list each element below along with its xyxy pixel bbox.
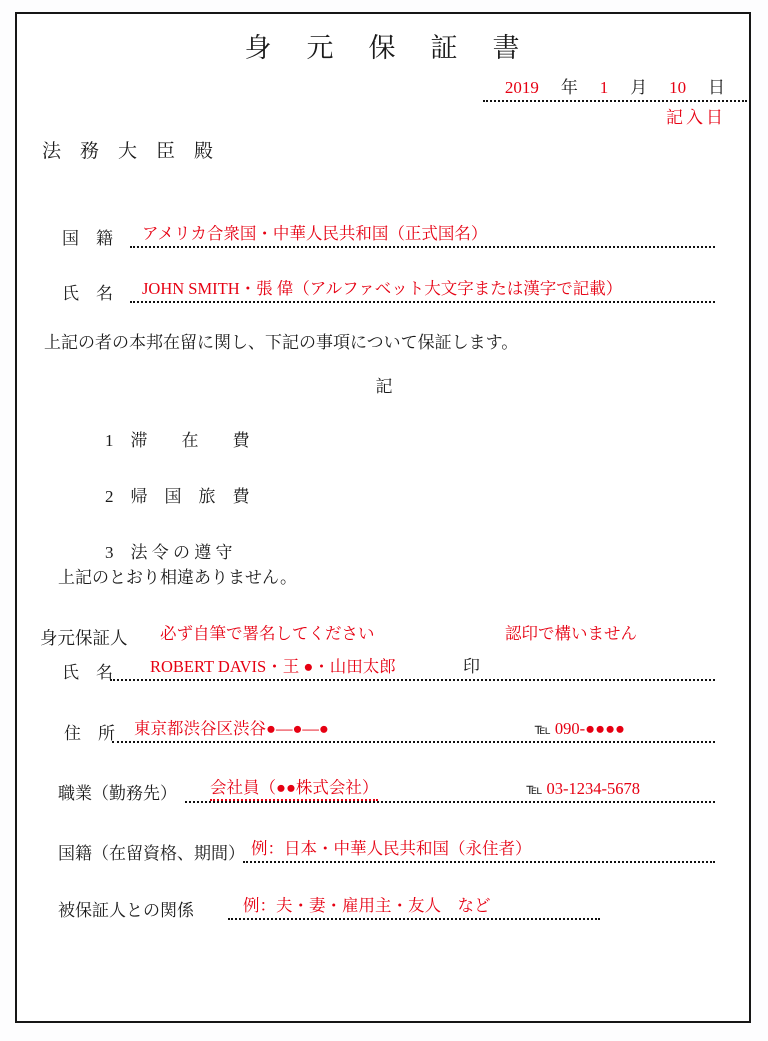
guarantor-address-fill-line: 東京都渋谷区渋谷●―●―● ℡090-●●●●: [112, 713, 715, 743]
seal-placeholder: 印: [463, 652, 480, 677]
item-living-expenses: 1 滞 在 費: [105, 426, 250, 451]
guarantor-address-tel: ℡090-●●●●: [535, 719, 625, 739]
date-month-label: 月: [630, 73, 647, 98]
relationship-label: 被保証人との関係: [58, 896, 194, 921]
date-fill-line: 2019 年 1 月 10 日: [483, 72, 747, 102]
guarantor-nationality-label: 国籍（在留資格、期間）: [58, 839, 245, 864]
document-title: 身 元 保 証 書: [0, 26, 768, 65]
name-value: JOHN SMITH・張 偉（アルファベット大文字または漢字で記載）: [142, 275, 622, 299]
guarantor-nationality-value: 例：日本・中華人民共和国（永住者）: [251, 835, 532, 859]
guarantee-document-page: 身 元 保 証 書 2019 年 1 月 10 日 記入日 法 務 大 臣 殿 …: [0, 0, 768, 1041]
nationality-value: アメリカ合衆国・中華人民共和国（正式国名）: [142, 220, 487, 244]
nationality-label: 国 籍: [62, 224, 113, 249]
date-year-value: 2019: [505, 78, 539, 98]
guarantor-occupation-tel-value: 03-1234-5678: [547, 779, 641, 798]
date-note-label: 記入日: [666, 103, 726, 128]
guarantor-name-value: ROBERT DAVIS・王 ●・山田太郎: [150, 653, 396, 677]
guarantor-occupation-tel: ℡03-1234-5678: [526, 779, 640, 799]
nationality-fill-line: アメリカ合衆国・中華人民共和国（正式国名）: [130, 218, 715, 248]
guarantor-occupation-value: 会社員（●●株式会社）: [210, 774, 378, 801]
guarantor-address-label: 住 所: [64, 719, 115, 744]
guarantor-occupation-fill-line: 会社員（●●株式会社） ℡03-1234-5678: [185, 773, 715, 803]
item-law-compliance: 3 法 令 の 遵 守: [105, 538, 233, 563]
document-border-frame: [15, 12, 751, 1023]
guarantor-occupation-label: 職業（勤務先）: [58, 779, 177, 804]
item-return-travel-expenses: 2 帰 国 旅 費: [105, 482, 250, 507]
guarantor-name-fill-line: ROBERT DAVIS・王 ●・山田太郎 印: [110, 651, 715, 681]
guarantor-sign-note: 必ず自筆で署名してください: [160, 620, 375, 644]
guarantor-seal-note: 認印で構いません: [505, 620, 637, 644]
ki-heading: 記: [0, 372, 768, 397]
addressee-minister: 法 務 大 臣 殿: [42, 136, 213, 163]
tel-mark-icon: ℡: [535, 722, 551, 738]
guarantor-name-label: 氏 名: [62, 658, 113, 683]
guarantor-address-value: 東京都渋谷区渋谷●―●―●: [134, 715, 329, 739]
date-day-value: 10: [669, 78, 686, 98]
guarantor-section-heading: 身元保証人: [40, 625, 128, 650]
tel-mark-icon: ℡: [526, 782, 542, 798]
relationship-value: 例：夫・妻・雇用主・友人 など: [243, 892, 491, 916]
guarantor-nationality-fill-line: 例：日本・中華人民共和国（永住者）: [243, 833, 715, 863]
date-month-value: 1: [600, 78, 609, 98]
date-year-label: 年: [561, 73, 578, 98]
name-fill-line: JOHN SMITH・張 偉（アルファベット大文字または漢字で記載）: [130, 273, 715, 303]
guarantor-address-tel-value: 090-●●●●: [555, 719, 625, 738]
name-label: 氏 名: [62, 279, 113, 304]
confirmation-statement: 上記のとおり相違ありません。: [58, 563, 297, 588]
date-day-label: 日: [708, 73, 725, 98]
guarantee-statement: 上記の者の本邦在留に関し、下記の事項について保証します。: [44, 328, 518, 353]
relationship-fill-line: 例：夫・妻・雇用主・友人 など: [228, 890, 600, 920]
